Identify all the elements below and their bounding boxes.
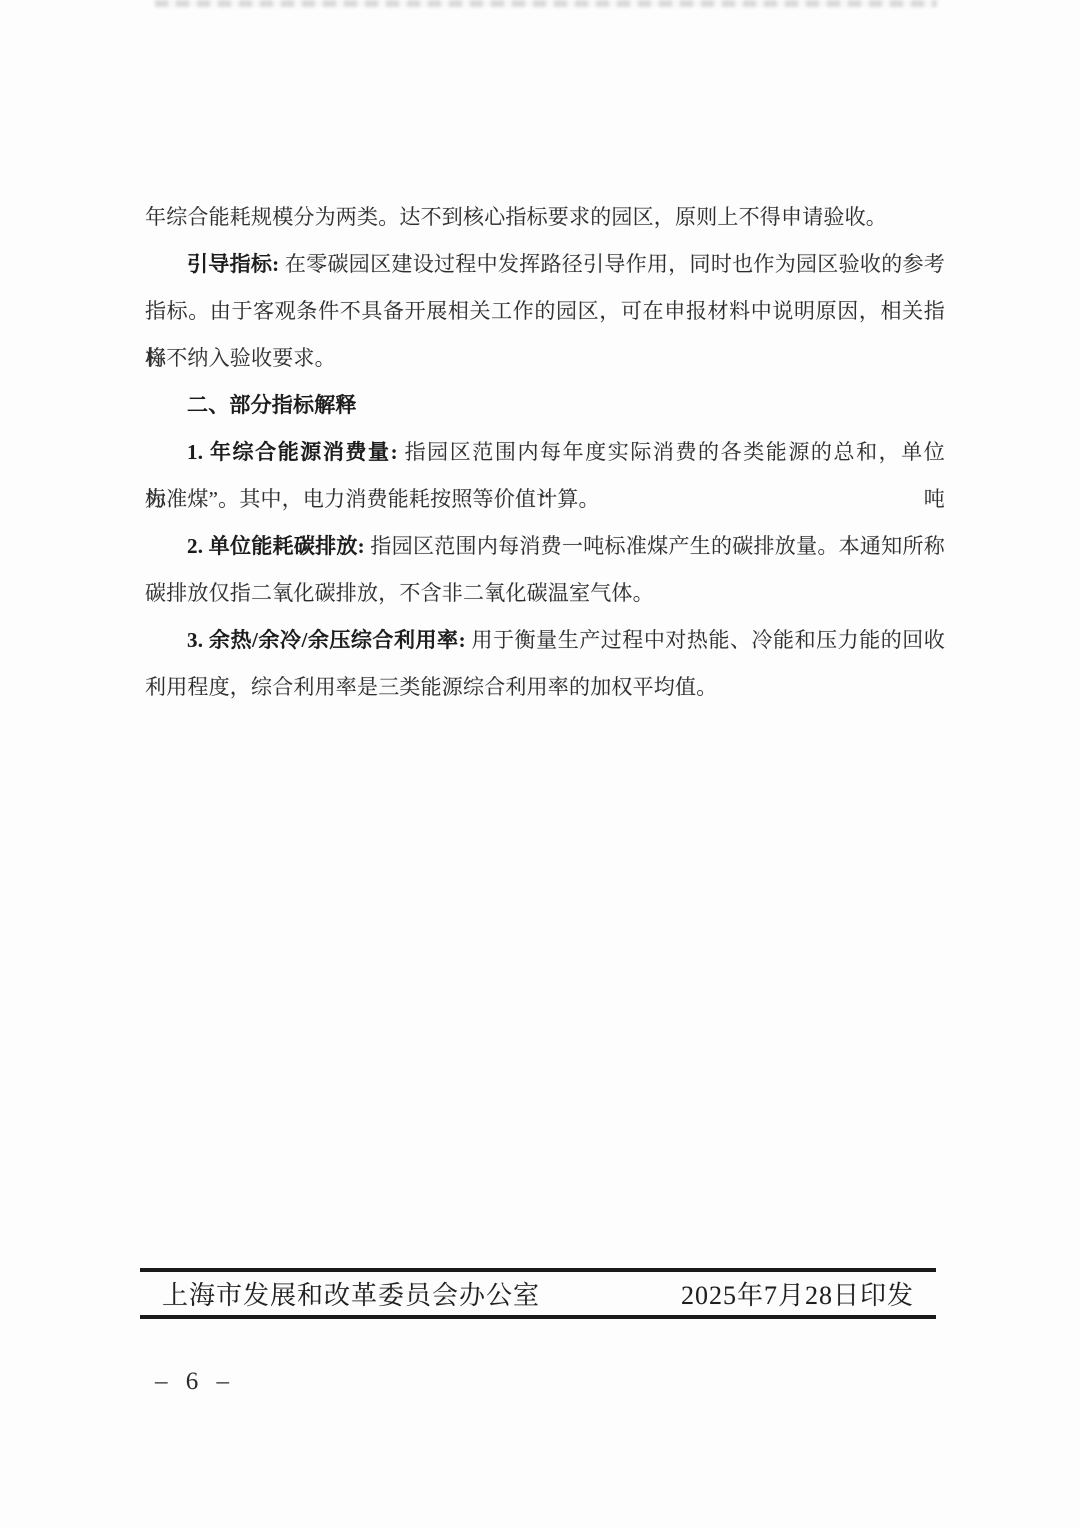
line-text: 碳排放仅指二氧化碳排放，不含非二氧化碳温室气体。 <box>145 581 654 605</box>
scan-cutoff-text-artifact <box>155 0 937 7</box>
issuer-name: 上海市发展和改革委员会办公室 <box>162 1275 540 1312</box>
document-body: 年综合能耗规模分为两类。达不到核心指标要求的园区，原则上不得申请验收。 引导指标… <box>145 194 945 711</box>
print-date: 2025年7月28日印发 <box>681 1275 914 1312</box>
text-line: 年综合能耗规模分为两类。达不到核心指标要求的园区，原则上不得申请验收。 <box>145 194 945 241</box>
text-line: 利用程度，综合利用率是三类能源综合利用率的加权平均值。 <box>145 664 945 711</box>
term-label: 2. 单位能耗碳排放: <box>187 534 365 558</box>
line-text: 指园区范围内每消费一吨标准煤产生的碳排放量。本通知所称 <box>365 534 945 558</box>
text-line: 1. 年综合能源消费量: 指园区范围内每年度实际消费的各类能源的总和，单位为“吨 <box>145 429 945 476</box>
line-text: 利用程度，综合利用率是三类能源综合利用率的加权平均值。 <box>145 675 717 699</box>
term-label: 二、部分指标解释 <box>187 393 357 417</box>
document-footer: 上海市发展和改革委员会办公室 2025年7月28日印发 <box>140 1268 936 1319</box>
text-line: 将不纳入验收要求。 <box>145 335 945 382</box>
text-line: 引导指标: 在零碳园区建设过程中发挥路径引导作用，同时也作为园区验收的参考 <box>145 241 945 288</box>
section-heading: 二、部分指标解释 <box>145 382 945 429</box>
term-label: 1. 年综合能源消费量: <box>187 440 398 464</box>
text-line: 2. 单位能耗碳排放: 指园区范围内每消费一吨标准煤产生的碳排放量。本通知所称 <box>145 523 945 570</box>
text-line: 碳排放仅指二氧化碳排放，不含非二氧化碳温室气体。 <box>145 570 945 617</box>
text-line: 3. 余热/余冷/余压综合利用率: 用于衡量生产过程中对热能、冷能和压力能的回收 <box>145 617 945 664</box>
line-text: 标准煤”。其中，电力消费能耗按照等价值计算。 <box>145 487 600 511</box>
term-label: 引导指标: <box>187 252 279 276</box>
page-number: – 6 – <box>155 1368 235 1396</box>
line-text: 年综合能耗规模分为两类。达不到核心指标要求的园区，原则上不得申请验收。 <box>145 205 887 229</box>
line-text: 将不纳入验收要求。 <box>145 346 336 370</box>
line-text: 在零碳园区建设过程中发挥路径引导作用，同时也作为园区验收的参考 <box>279 252 945 276</box>
document-page: 年综合能耗规模分为两类。达不到核心指标要求的园区，原则上不得申请验收。 引导指标… <box>0 0 1080 1528</box>
text-line: 指标。由于客观条件不具备开展相关工作的园区，可在申报材料中说明原因，相关指标 <box>145 288 945 335</box>
line-text: 用于衡量生产过程中对热能、冷能和压力能的回收 <box>466 628 945 652</box>
term-label: 3. 余热/余冷/余压综合利用率: <box>187 628 466 652</box>
